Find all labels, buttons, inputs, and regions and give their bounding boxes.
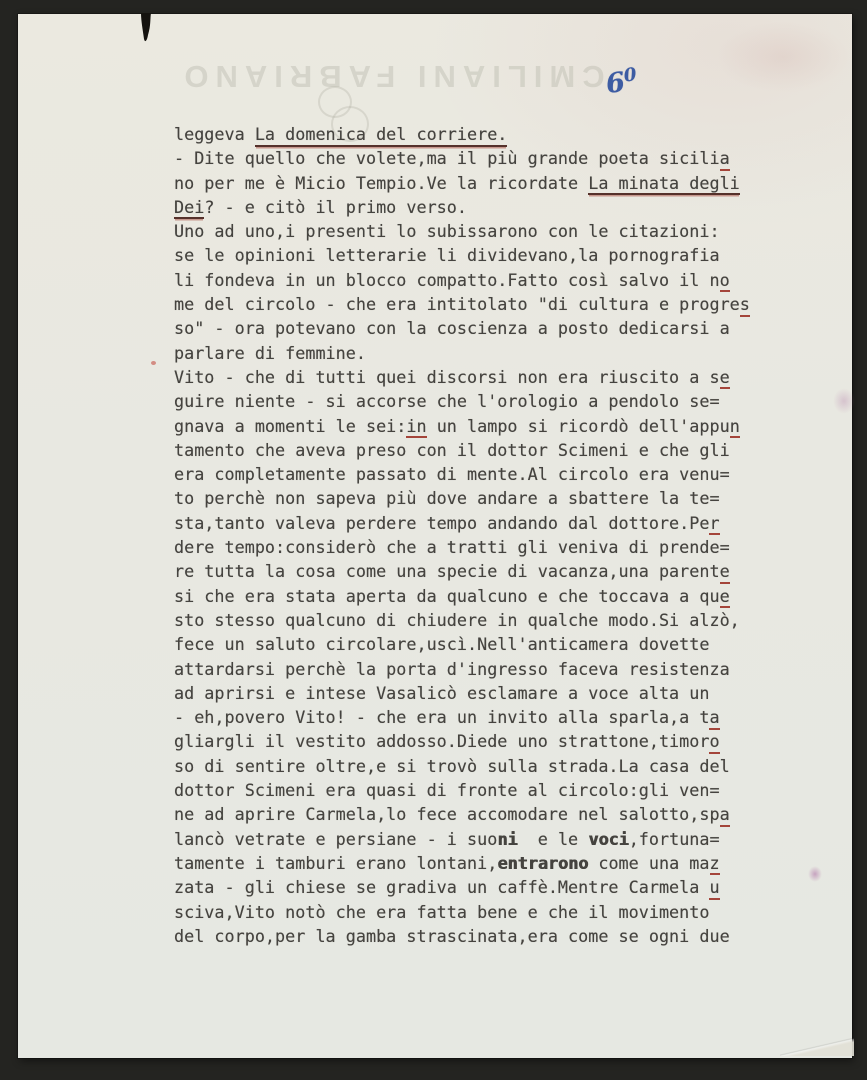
text-line: sta,tanto valeva perdere tempo andando d… <box>174 511 794 535</box>
paper-watermark-text: CMILIANI FABRIANO <box>166 52 616 100</box>
text-line: fece un saluto circolare,uscì.Nell'antic… <box>174 632 794 656</box>
emphasized-text: in <box>406 416 426 439</box>
emphasized-text: e <box>720 367 730 390</box>
text-line: - eh,povero Vito! - che era un invito al… <box>174 705 794 729</box>
text-segment: guire niente - si accorse che l'orologio… <box>174 391 720 411</box>
text-line: so di sentire oltre,e si trovò sulla str… <box>174 754 794 778</box>
page-number-digit: 0 <box>623 64 638 87</box>
text-line: sto stesso qualcuno di chiudere in qualc… <box>174 608 794 632</box>
emphasized-text: a <box>720 148 730 171</box>
emphasized-text: e <box>720 586 730 609</box>
text-line: ne ad aprire Carmela,lo fece accomodare … <box>174 802 794 826</box>
emphasized-text: z <box>710 853 720 876</box>
text-segment: se le opinioni letterarie li dividevano,… <box>174 245 720 265</box>
text-line: Vito - che di tutti quei discorsi non er… <box>174 365 794 389</box>
text-segment: attardarsi perchè la porta d'ingresso fa… <box>174 659 730 679</box>
text-line: re tutta la cosa come una specie di vaca… <box>174 559 794 583</box>
emphasized-text: o <box>720 270 730 293</box>
emphasized-text: a <box>709 707 719 730</box>
text-segment: leggeva <box>174 124 255 144</box>
text-segment: si che era stata aperta da qualcuno e ch… <box>174 586 720 606</box>
text-line: to perchè non sapeva più dove andare a s… <box>174 486 794 510</box>
text-segment: dere tempo:considerò che a tratti gli ve… <box>174 537 730 557</box>
text-segment: ,fortuna= <box>629 829 720 849</box>
text-line: no per me è Micio Tempio.Ve la ricordate… <box>174 171 794 195</box>
text-segment: era completamente passato di mente.Al ci… <box>174 464 730 484</box>
ink-blot-mark <box>135 13 157 51</box>
emphasized-text: voci <box>588 829 628 849</box>
typewritten-text: leggeva La domenica del corriere.- Dite … <box>174 122 794 948</box>
text-line: li fondeva in un blocco compatto.Fatto c… <box>174 268 794 292</box>
text-line: del corpo,per la gamba strascinata,era c… <box>174 924 794 948</box>
text-line: Uno ad uno,i presenti lo subissarono con… <box>174 219 794 243</box>
text-segment: so" - ora potevano con la coscienza a po… <box>174 318 730 338</box>
text-segment: fece un saluto circolare,uscì.Nell'antic… <box>174 634 709 654</box>
emphasized-text: e <box>720 561 730 584</box>
text-segment: Uno ad uno,i presenti lo subissarono con… <box>174 221 720 241</box>
text-segment: un lampo si ricordò dell'appu <box>427 416 730 436</box>
text-line: tamente i tamburi erano lontani,entraron… <box>174 851 794 875</box>
text-segment: gliargli il vestito addosso.Diede uno st… <box>174 731 709 751</box>
text-line: tamento che aveva preso con il dottor Sc… <box>174 438 794 462</box>
red-ink-speck <box>151 361 156 365</box>
text-segment: no per me è Micio Tempio.Ve la ricordate <box>174 173 588 193</box>
text-segment: me del circolo - che era intitolato "di … <box>174 294 740 314</box>
emphasized-text: Dei <box>174 197 204 220</box>
text-line: dere tempo:considerò che a tratti gli ve… <box>174 535 794 559</box>
emphasized-text: u <box>709 877 719 900</box>
text-line: zata - gli chiese se gradiva un caffè.Me… <box>174 875 794 899</box>
text-line: - Dite quello che volete,ma il più grand… <box>174 146 794 170</box>
text-segment: e le <box>518 829 589 849</box>
text-segment: ad aprirsi e intese Vasalicò esclamare a… <box>174 683 709 703</box>
text-segment: lancò vetrate e persiane - i suo <box>174 829 497 849</box>
text-segment: ne ad aprire Carmela,lo fece accomodare … <box>174 804 720 824</box>
text-line: gliargli il vestito addosso.Diede uno st… <box>174 729 794 753</box>
text-segment: Vito - che di tutti quei discorsi non er… <box>174 367 720 387</box>
text-line: gnava a momenti le sei:in un lampo si ri… <box>174 414 794 438</box>
emphasized-text: entrarono <box>497 853 588 873</box>
text-segment: tamente i tamburi erano lontani, <box>174 853 497 873</box>
text-line: si che era stata aperta da qualcuno e ch… <box>174 584 794 608</box>
emphasized-text: La minata degli <box>588 173 740 196</box>
manuscript-page: CMILIANI FABRIANO 60 leggeva La domenica… <box>18 14 852 1058</box>
emphasized-text: n <box>730 416 740 439</box>
emphasized-text: a <box>720 804 730 827</box>
text-segment: ? - e citò il primo verso. <box>204 197 467 217</box>
emphasized-text: s <box>740 294 750 317</box>
text-segment: so di sentire oltre,e si trovò sulla str… <box>174 756 730 776</box>
text-line: lancò vetrate e persiane - i suoni e le … <box>174 827 794 851</box>
text-segment: - eh,povero Vito! - che era un invito al… <box>174 707 709 727</box>
text-line: se le opinioni letterarie li dividevano,… <box>174 243 794 267</box>
handwritten-page-number: 60 <box>604 64 639 100</box>
text-line: parlare di femmine. <box>174 341 794 365</box>
text-line: me del circolo - che era intitolato "di … <box>174 292 794 316</box>
text-line: so" - ora potevano con la coscienza a po… <box>174 316 794 340</box>
text-segment: sto stesso qualcuno di chiudere in qualc… <box>174 610 740 630</box>
emphasized-text: r <box>709 513 719 536</box>
emphasized-text: La domenica del corriere. <box>255 124 508 147</box>
text-segment: zata - gli chiese se gradiva un caffè.Me… <box>174 877 709 897</box>
text-segment: dottor Scimeni era quasi di fronte al ci… <box>174 780 720 800</box>
text-segment: re tutta la cosa come una specie di vaca… <box>174 561 720 581</box>
text-segment: tamento che aveva preso con il dottor Sc… <box>174 440 730 460</box>
text-segment: sciva,Vito notò che era fatta bene e che… <box>174 902 709 922</box>
text-line: leggeva La domenica del corriere. <box>174 122 794 146</box>
text-segment: come una ma <box>588 853 709 873</box>
paper-stain <box>718 22 848 92</box>
text-segment: gnava a momenti le sei: <box>174 416 406 436</box>
text-segment: parlare di femmine. <box>174 343 366 363</box>
paper-stain <box>808 866 822 882</box>
paper-stain <box>833 388 855 414</box>
text-line: guire niente - si accorse che l'orologio… <box>174 389 794 413</box>
text-segment: - Dite quello che volete,ma il più grand… <box>174 148 720 168</box>
text-line: dottor Scimeni era quasi di fronte al ci… <box>174 778 794 802</box>
text-line: sciva,Vito notò che era fatta bene e che… <box>174 900 794 924</box>
emphasized-text: o <box>709 731 719 754</box>
text-segment: sta,tanto valeva perdere tempo andando d… <box>174 513 709 533</box>
emphasized-text: ni <box>497 829 517 849</box>
text-line: Dei? - e citò il primo verso. <box>174 195 794 219</box>
text-line: attardarsi perchè la porta d'ingresso fa… <box>174 657 794 681</box>
text-segment: to perchè non sapeva più dove andare a s… <box>174 488 720 508</box>
text-line: ad aprirsi e intese Vasalicò esclamare a… <box>174 681 794 705</box>
text-line: era completamente passato di mente.Al ci… <box>174 462 794 486</box>
text-segment: li fondeva in un blocco compatto.Fatto c… <box>174 270 720 290</box>
text-segment: del corpo,per la gamba strascinata,era c… <box>174 926 730 946</box>
